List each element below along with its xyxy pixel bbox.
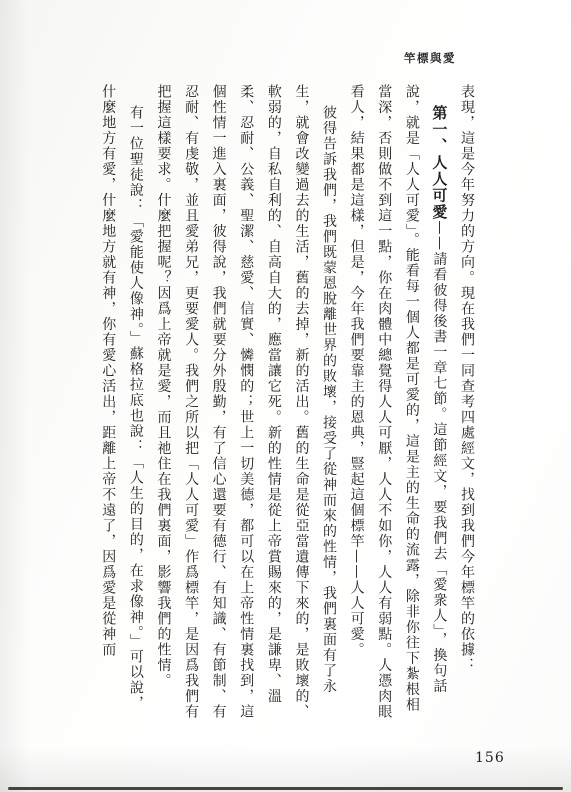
paragraph: 有一位聖徒說：「愛能使人像神。」蘇格拉底也說：「人生的目的，在求像神。」可以說，… xyxy=(94,84,149,724)
paragraph-text: 表現，這是今年努力的方向。現在我們一同查考四處經文，找到我們今年標竿的依據： xyxy=(459,84,475,673)
paragraph-text: 彼得告訴我們，我們既蒙恩脫離世界的敗壞，接受了從神而來的性情，我們裏面有了永生，… xyxy=(155,84,337,720)
scan-shading-left xyxy=(0,0,30,792)
paragraph: 表現，這是今年努力的方向。現在我們一同查考四處經文，找到我們今年標竿的依據： xyxy=(452,84,480,724)
paragraph-text: 有一位聖徒說：「愛能使人像神。」蘇格拉底也說：「人生的目的，在求像神。」可以說，… xyxy=(100,84,144,711)
scan-edge xyxy=(8,787,563,790)
body-text: 表現，這是今年努力的方向。現在我們一同查考四處經文，找到我們今年標竿的依據： 第… xyxy=(60,84,480,724)
paragraph: 第一、人人可愛——請看彼得後書一章七節。這節經文，要我們去「愛衆人」，換句話說，… xyxy=(342,84,452,724)
section-heading: 第一、人人可愛 xyxy=(430,105,448,221)
paragraph: 彼得告訴我們，我們既蒙恩脫離世界的敗壞，接受了從神而來的性情，我們裏面有了永生，… xyxy=(149,84,342,724)
running-header: 竿標與愛 xyxy=(404,50,456,66)
book-page: 竿標與愛 表現，這是今年努力的方向。現在我們一同查考四處經文，找到我們今年標竿的… xyxy=(0,0,571,792)
page-number: 156 xyxy=(475,750,505,766)
